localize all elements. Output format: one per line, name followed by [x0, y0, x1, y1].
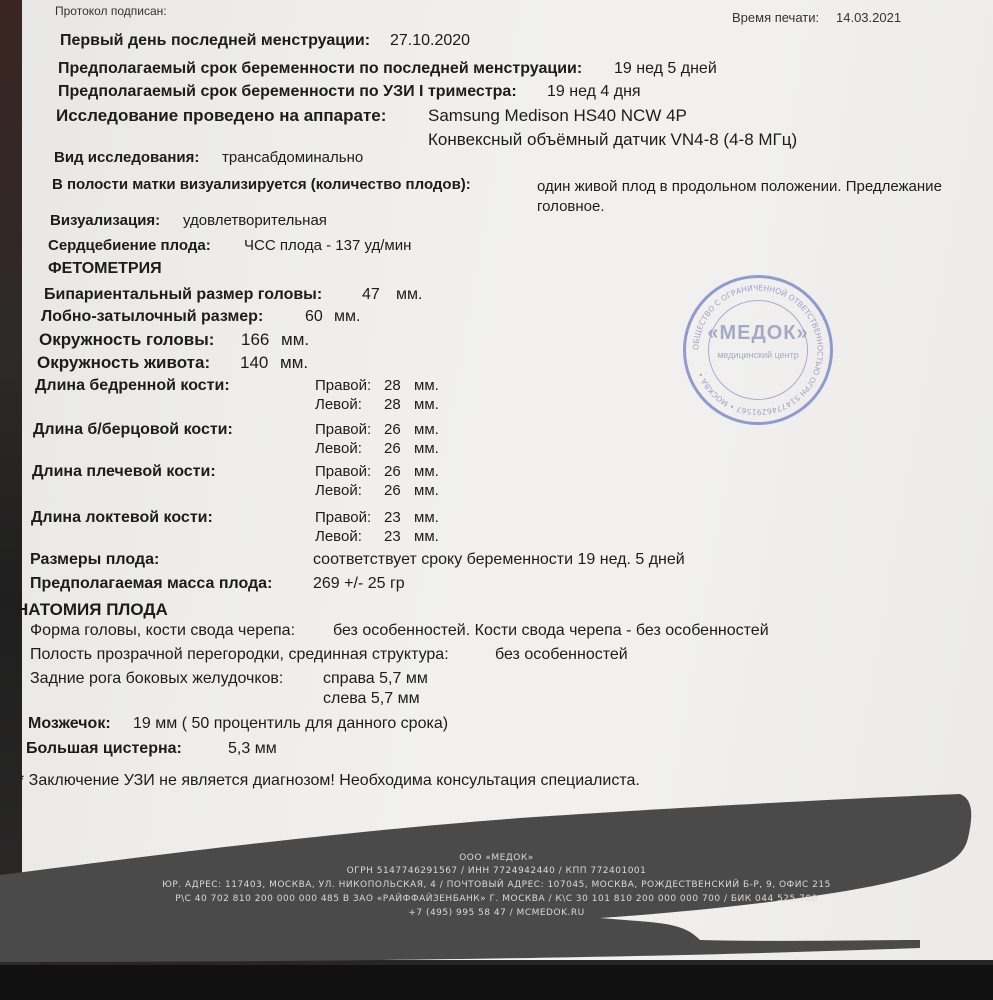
hc-unit: мм.: [281, 330, 309, 350]
bone-label: Длина плечевой кости:: [32, 463, 216, 481]
uterus-value-line1: один живой плод в продольном положении. …: [537, 178, 942, 195]
bone-left-value: 23: [384, 528, 401, 545]
print-time-value: 14.03.2021: [836, 10, 901, 25]
uterus-label: В полости матки визуализируется (количес…: [52, 176, 471, 193]
ventricles-label: Задние рога боковых желудочков:: [30, 670, 283, 688]
cisterna-label: Большая цистерна:: [26, 740, 182, 758]
skull-value: без особенностей. Кости свода черепа - б…: [333, 622, 769, 640]
cerebellum-value: 19 мм ( 50 процентиль для данного срока): [133, 715, 448, 733]
lmp-label: Первый день последней менструации:: [60, 32, 370, 50]
ga-lmp-label: Предполагаемый срок беременности по посл…: [58, 60, 582, 78]
bone-label: Длина б/берцовой кости:: [33, 421, 233, 439]
bone-left-value: 26: [384, 482, 401, 499]
bone-right-unit: мм.: [414, 377, 439, 394]
anatomy-title: НАТОМИЯ ПЛОДА: [16, 600, 168, 620]
bone-left-unit: мм.: [414, 440, 439, 457]
bone-left-label: Левой:: [315, 482, 362, 499]
bpd-unit: мм.: [396, 286, 422, 304]
bone-left-label: Левой:: [315, 528, 362, 545]
background-surface-bottom: [0, 965, 993, 1000]
bone-right-value: 23: [384, 509, 401, 526]
footer-bank: Р\С 40 702 810 200 000 000 485 В ЗАО «РА…: [0, 894, 993, 904]
ventricles-left: слева 5,7 мм: [323, 690, 420, 708]
visualization-label: Визуализация:: [50, 212, 160, 229]
bpd-label: Бипариентальный размер головы:: [44, 286, 322, 304]
bone-right-label: Правой:: [315, 377, 371, 394]
footer-address: ЮР. АДРЕС: 117403, МОСКВА, УЛ. НИКОПОЛЬС…: [0, 880, 993, 890]
bone-right-label: Правой:: [315, 463, 371, 480]
ac-value: 140: [240, 353, 268, 373]
ga-lmp-value: 19 нед 5 дней: [614, 60, 717, 78]
bone-left-unit: мм.: [414, 528, 439, 545]
bone-right-value: 28: [384, 377, 401, 394]
bone-left-value: 26: [384, 440, 401, 457]
bone-left-value: 28: [384, 396, 401, 413]
bone-label: Длина бедренной кости:: [35, 377, 230, 395]
footer-contacts: +7 (495) 995 58 47 / MCMEDOK.RU: [0, 908, 993, 918]
hc-label: Окружность головы:: [39, 330, 214, 350]
ac-label: Окружность живота:: [37, 353, 210, 373]
cisterna-value: 5,3 мм: [228, 740, 277, 758]
septum-label: Полость прозрачной перегородки, срединна…: [30, 646, 449, 664]
fetal-size-label: Размеры плода:: [30, 551, 159, 569]
bone-left-unit: мм.: [414, 396, 439, 413]
ga-us-value: 19 нед 4 дня: [547, 83, 641, 101]
bone-right-label: Правой:: [315, 421, 371, 438]
ac-unit: мм.: [280, 353, 308, 373]
heartbeat-label: Сердцебиение плода:: [48, 237, 211, 254]
fetometry-title: ФЕТОМЕТРИЯ: [48, 260, 162, 278]
fetal-size-value: соответствует сроку беременности 19 нед.…: [313, 551, 685, 569]
bone-right-value: 26: [384, 463, 401, 480]
stamp-title: «МЕДОК»: [686, 322, 830, 345]
bone-right-unit: мм.: [414, 463, 439, 480]
bpd-value: 47: [362, 286, 380, 304]
exam-type-value: трансабдоминально: [222, 149, 363, 166]
ga-us-label: Предполагаемый срок беременности по УЗИ …: [58, 83, 517, 101]
ofd-unit: мм.: [334, 308, 360, 326]
bone-right-unit: мм.: [414, 509, 439, 526]
septum-value: без особенностей: [495, 646, 628, 664]
fetal-weight-label: Предполагаемая масса плода:: [30, 575, 272, 593]
device-value-1: Samsung Medison HS40 NCW 4P: [428, 106, 687, 126]
stamp-subtitle: медицинский центр: [686, 350, 830, 360]
protocol-signed-label: Протокол подписан:: [55, 4, 167, 18]
visualization-value: удовлетворительная: [183, 212, 327, 229]
heartbeat-value: ЧСС плода - 137 уд/мин: [244, 237, 411, 254]
bone-right-value: 26: [384, 421, 401, 438]
bone-left-unit: мм.: [414, 482, 439, 499]
disclaimer-text: * Заключение УЗИ не является диагнозом! …: [18, 772, 640, 790]
lmp-value: 27.10.2020: [390, 32, 470, 50]
device-label: Исследование проведено на аппарате:: [56, 106, 386, 126]
footer-company: ООО «МЕДОК»: [0, 853, 993, 863]
skull-label: Форма головы, кости свода черепа:: [30, 622, 295, 640]
exam-type-label: Вид исследования:: [54, 149, 199, 166]
cerebellum-label: Мозжечок:: [28, 715, 111, 733]
footer-registration: ОГРН 5147746291567 / ИНН 7724942440 / КП…: [0, 866, 993, 876]
ofd-value: 60: [305, 308, 323, 326]
hc-value: 166: [241, 330, 269, 350]
ofd-label: Лобно-затылочный размер:: [41, 308, 263, 326]
uterus-value-line2: головное.: [537, 198, 605, 215]
bone-left-label: Левой:: [315, 440, 362, 457]
bone-right-label: Правой:: [315, 509, 371, 526]
print-time-label: Время печати:: [732, 10, 819, 25]
fetal-weight-value: 269 +/- 25 гр: [313, 575, 405, 593]
bone-right-unit: мм.: [414, 421, 439, 438]
ventricles-right: справа 5,7 мм: [323, 670, 428, 688]
bone-left-label: Левой:: [315, 396, 362, 413]
device-value-2: Конвексный объёмный датчик VN4-8 (4-8 МГ…: [428, 130, 797, 150]
clinic-stamp: ОБЩЕСТВО С ОГРАНИЧЕННОЙ ОТВЕТСТВЕННОСТЬЮ…: [683, 275, 833, 425]
bone-label: Длина локтевой кости:: [31, 509, 213, 527]
